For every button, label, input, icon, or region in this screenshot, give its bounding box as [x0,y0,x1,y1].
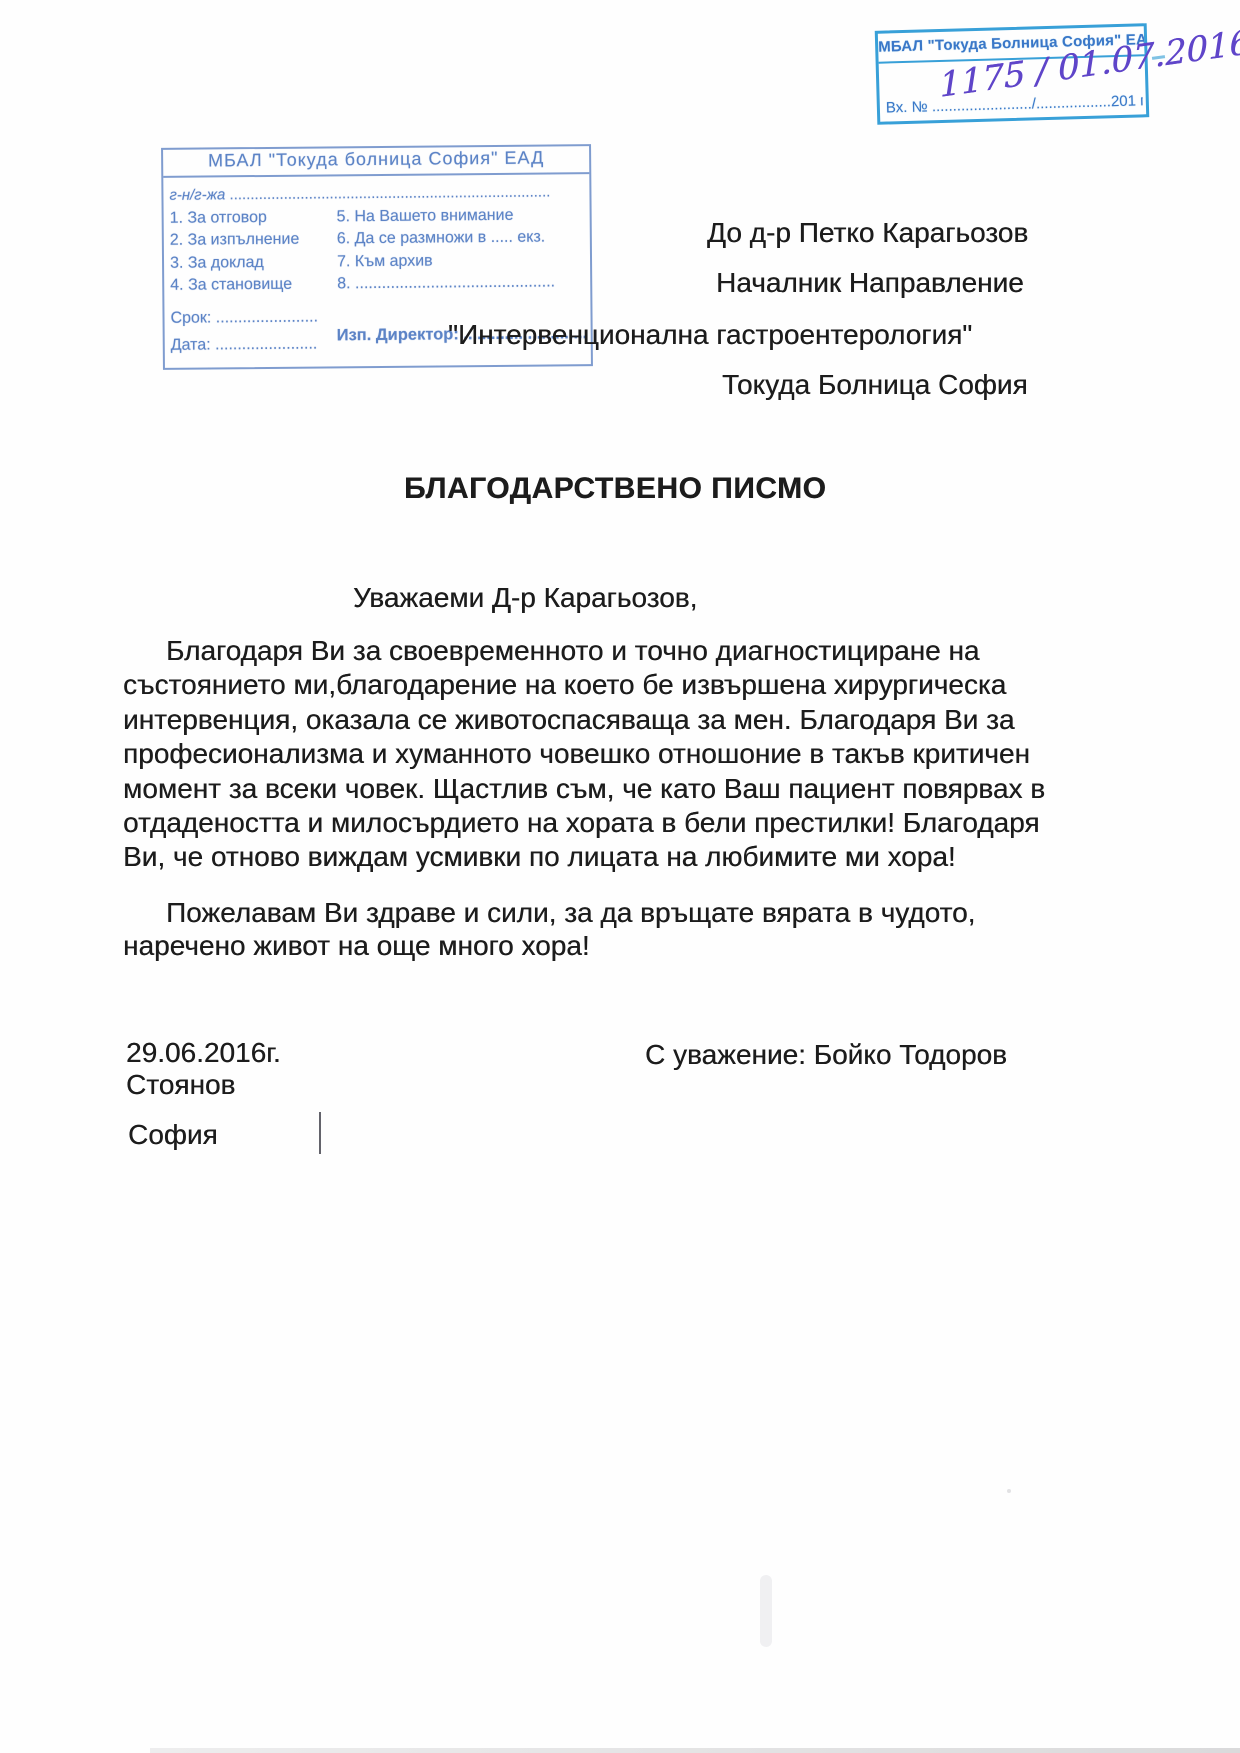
routing-option: 3. За доклад [170,251,337,275]
routing-stamp-addressee-row: г-н/г-жа ...............................… [169,183,587,204]
recipient-line: До д-р Петко Карагьозов [707,216,1028,250]
body-line: професионализма и хуманното човешко отно… [123,737,1098,771]
scan-artifact-line [319,1112,321,1154]
scanned-letter-page: МБАЛ "Токуда Болница София" ЕАД Вх. № ..… [0,0,1240,1753]
recipient-line: Токуда Болница София [722,368,1028,402]
deadline-row: Срок: ....................... [170,309,318,328]
city-line: София [128,1118,218,1152]
letter-title: БЛАГОДАРСТВЕНО ПИСМО [404,472,826,506]
routing-option: 8. .....................................… [337,271,588,296]
routing-option: 7. Към архив [337,249,588,274]
body-line: състоянието ми,благодарение на което бе … [123,668,1098,702]
letter-date: 29.06.2016г. [126,1036,281,1070]
body-line: наречено живот на още много хора! [123,929,1098,962]
addressee-label: г-н/г-жа [169,186,225,203]
routing-option: 5. На Вашето внимание [337,204,588,229]
closing-signature: С уважение: Бойко Тодоров [645,1038,1007,1072]
body-line: отдадеността и милосърдието на хората в … [123,806,1098,840]
body-line: интервенция, оказала се животоспасяваща … [123,703,1098,737]
body-paragraph-1: Благодаря Ви за своевременното и точно д… [123,634,1098,875]
recipient-line: "Интервенционална гастроентерология" [448,318,972,352]
body-line: Благодаря Ви за своевременното и точно д… [123,634,1098,668]
addressee-dots: ........................................… [229,183,550,203]
routing-options: 1. За отговор 5. На Вашето внимание 2. З… [170,204,589,297]
routing-stamp-header: МБАЛ "Токуда болница София" ЕАД [163,147,589,178]
body-line: момент за всеки човек. Щастлив съм, че к… [123,772,1098,806]
scan-artifact-dot [1007,1489,1011,1493]
scan-edge-shadow [150,1748,1240,1753]
body-paragraph-2: Пожелавам Ви здраве и сили, за да връщат… [123,896,1098,962]
date-row: Дата: ....................... [171,336,318,355]
salutation: Уважаеми Д-р Карагьозов, [353,581,697,615]
routing-option: 2. За изпълнение [170,229,337,253]
registry-stamp-entry-line: Вх. № ......................../.........… [886,92,1143,116]
routing-option: 4. За становище [170,274,337,298]
body-line: Пожелавам Ви здраве и сили, за да връщат… [123,896,1098,929]
routing-option: 6. Да се размножи в ..... екз. [337,227,588,252]
body-line: Ви, че отново виждам усмивки по лицата н… [123,840,1098,874]
recipient-line: Началник Направление [716,266,1024,300]
scan-artifact-smudge [760,1575,772,1647]
sender-lastname: Стоянов [126,1068,235,1102]
routing-option: 1. За отговор [170,206,337,230]
